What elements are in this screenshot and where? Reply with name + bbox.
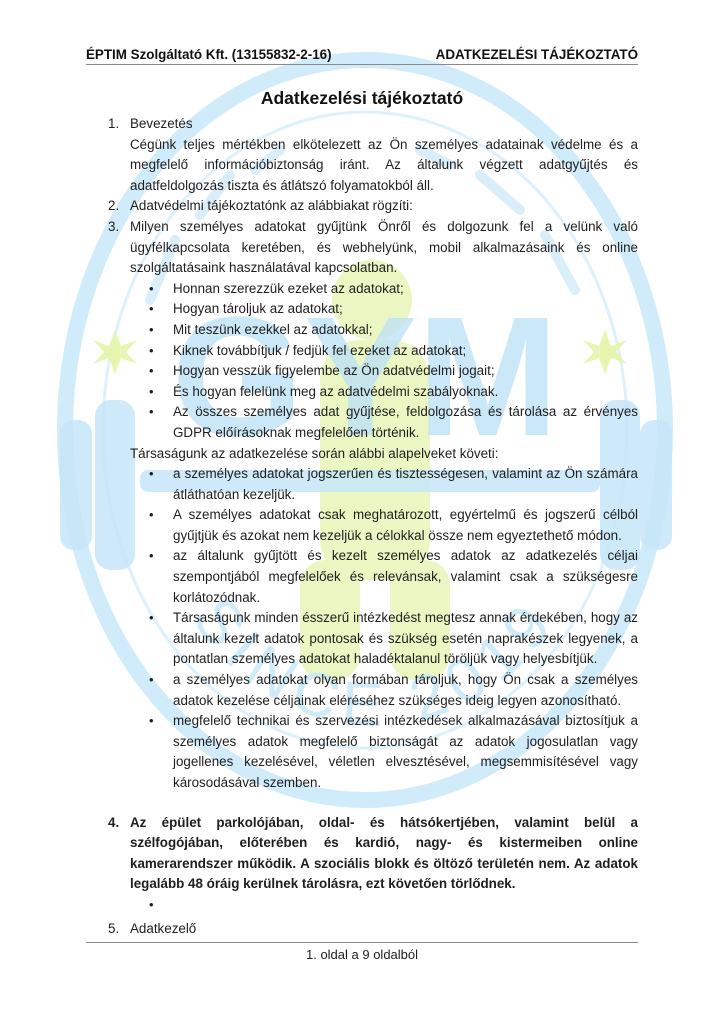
list-item: •Társaságunk minden ésszerű intézkedést … — [130, 608, 638, 670]
bullet-icon: • — [149, 299, 154, 320]
list-item: •Hogyan tároljuk az adatokat; — [130, 299, 638, 320]
bullet-icon: • — [149, 670, 154, 691]
bullet-icon: • — [149, 464, 154, 485]
section-heading: Bevezetés — [130, 114, 638, 135]
list-item: •az általunk gyűjtött és kezelt személye… — [130, 546, 638, 608]
principles-intro: Társaságunk az adatkezelése során alábbi… — [86, 444, 638, 465]
page-footer: 1. oldal a 9 oldalból — [86, 942, 638, 962]
section-heading: Milyen személyes adatokat gyűjtünk Önről… — [130, 217, 638, 279]
section-body: Cégünk teljes mértékben elkötelezett az … — [130, 135, 638, 197]
list-item: •megfelelő technikai és szervezési intéz… — [130, 711, 638, 793]
bullet-icon: • — [149, 546, 154, 567]
list-item: •Az összes személyes adat gyűjtése, feld… — [130, 402, 638, 443]
section-body: Az épület parkolójában, oldal- és hátsók… — [130, 813, 638, 895]
list-item: •És hogyan felelünk meg az adatvédelmi s… — [130, 382, 638, 403]
list-item: •Hogyan vesszük figyelembe az Ön adatvéd… — [130, 361, 638, 382]
document-body: 1. Bevezetés Cégünk teljes mértékben elk… — [86, 114, 638, 939]
list-item: •Kiknek továbbítjuk / fedjük fel ezeket … — [130, 341, 638, 362]
section-heading: Adatvédelmi tájékoztatónk az alábbiakat … — [130, 196, 638, 217]
bullet-icon: • — [149, 711, 154, 732]
bullet-icon: • — [149, 320, 154, 341]
section-2: 2. Adatvédelmi tájékoztatónk az alábbiak… — [86, 196, 638, 217]
bullet-icon: • — [149, 361, 154, 382]
section-4: 4. Az épület parkolójában, oldal- és hát… — [86, 813, 638, 895]
list-item: •a személyes adatokat olyan formában tár… — [130, 670, 638, 711]
scope-bullet-list: •Honnan szerezzük ezeket az adatokat; •H… — [86, 279, 638, 444]
list-item: •Mit teszünk ezekkel az adatokkal; — [130, 320, 638, 341]
section-1: 1. Bevezetés Cégünk teljes mértékben elk… — [86, 114, 638, 196]
page-header: ÉPTIM Szolgáltató Kft. (13155832-2-16) A… — [86, 42, 638, 65]
bullet-icon: • — [149, 895, 154, 916]
section-number: 2. — [108, 196, 119, 217]
list-item: •A személyes adatokat csak meghatározott… — [130, 505, 638, 546]
bullet-icon: • — [149, 279, 154, 300]
section-5: 5. Adatkezelő — [86, 919, 638, 940]
list-item: •a személyes adatokat jogszerűen és tisz… — [130, 464, 638, 505]
bullet-icon: • — [149, 341, 154, 362]
header-doc-type: ADATKEZELÉSI TÁJÉKOZTATÓ — [436, 47, 638, 62]
list-item: •Honnan szerezzük ezeket az adatokat; — [130, 279, 638, 300]
bullet-icon: • — [149, 402, 154, 423]
page-title: Adatkezelési tájékoztató — [86, 88, 638, 109]
section-number: 4. — [108, 813, 119, 834]
section-number: 5. — [108, 919, 119, 940]
document-page: ÉPTIM Szolgáltató Kft. (13155832-2-16) A… — [0, 0, 723, 1024]
section-number: 1. — [108, 114, 119, 135]
bullet-icon: • — [149, 382, 154, 403]
principles-bullet-list: •a személyes adatokat jogszerűen és tisz… — [86, 464, 638, 794]
bullet-icon: • — [149, 608, 154, 629]
header-company: ÉPTIM Szolgáltató Kft. (13155832-2-16) — [86, 47, 332, 62]
section-3: 3. Milyen személyes adatokat gyűjtünk Ön… — [86, 217, 638, 279]
section-heading: Adatkezelő — [130, 919, 638, 940]
list-item-empty: • — [130, 895, 638, 916]
page-number: 1. oldal a 9 oldalból — [306, 947, 418, 962]
empty-bullet-list: • — [86, 895, 638, 916]
bullet-icon: • — [149, 505, 154, 526]
section-number: 3. — [108, 217, 119, 238]
